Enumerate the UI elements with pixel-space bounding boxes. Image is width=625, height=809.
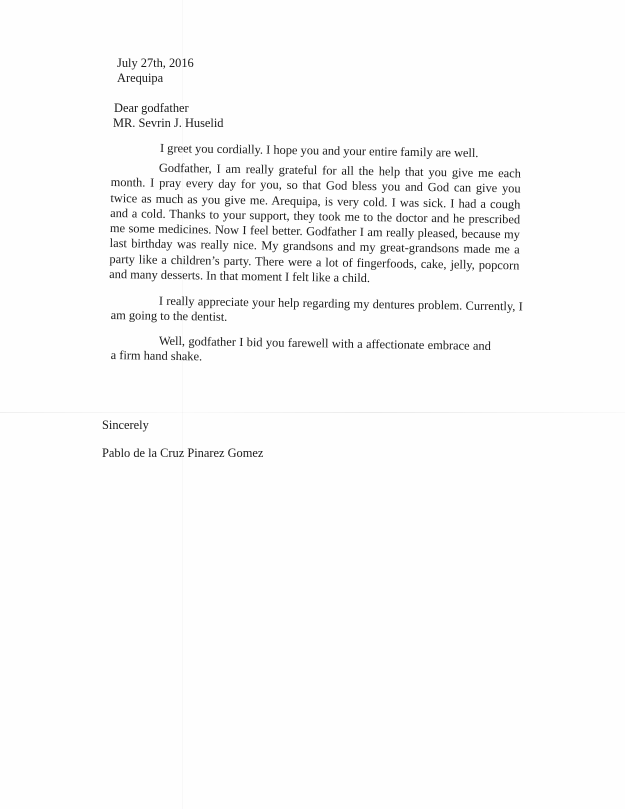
signature-name: Pablo de la Cruz Pinarez Gomez: [102, 446, 263, 461]
body-paragraph-gratitude: Godfather, I am really grateful for all …: [109, 160, 521, 289]
body-paragraph-dentures: I really appreciate your help regarding …: [111, 293, 523, 330]
recipient-name: MR. Sevrin J. Huselid: [113, 116, 224, 131]
letter-place: Arequipa: [117, 71, 163, 86]
closing: Sincerely: [102, 418, 149, 433]
letter-page: July 27th, 2016 Arequipa Dear godfather …: [0, 0, 625, 809]
greeting-paragraph: I greet you cordially. I hope you and yo…: [160, 141, 479, 161]
letter-date: July 27th, 2016: [117, 56, 194, 71]
farewell-paragraph: Well, godfather I bid you farewell with …: [111, 333, 491, 370]
fold-crease-horizontal: [0, 412, 625, 413]
salutation: Dear godfather: [114, 101, 189, 116]
